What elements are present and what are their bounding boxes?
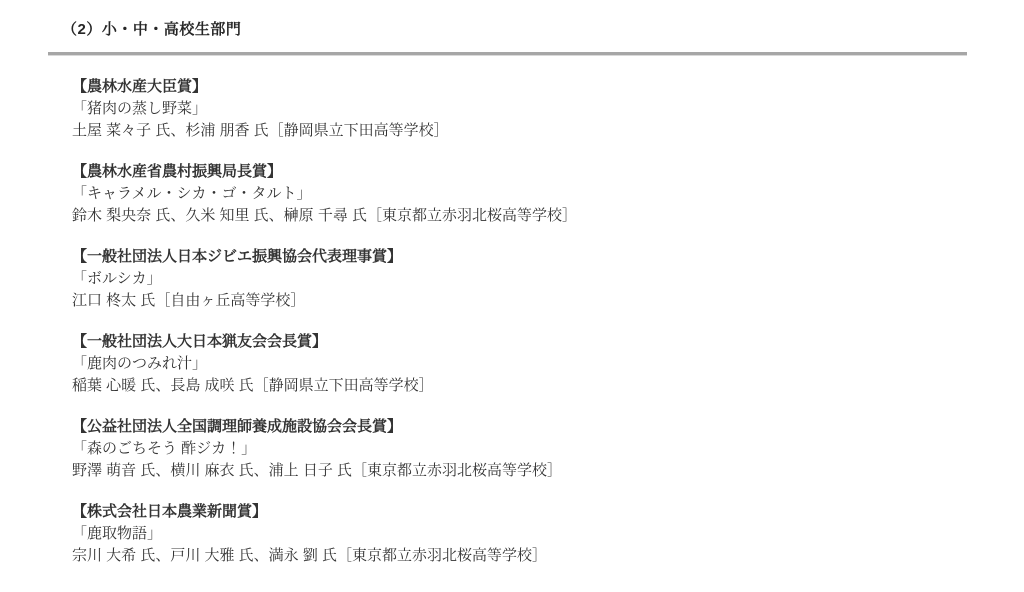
recipients-line: 野澤 萌音 氏、横川 麻衣 氏、浦上 日子 氏［東京都立赤羽北桜高等学校］ (72, 460, 972, 482)
award-title: 【株式会社日本農業新聞賞】 (72, 501, 972, 523)
award-title: 【農林水産省農村振興局長賞】 (72, 161, 972, 183)
page-title: （2）小・中・高校生部門 (62, 20, 241, 40)
recipients-line: 土屋 菜々子 氏、杉浦 朋香 氏［静岡県立下田高等学校］ (72, 120, 972, 142)
award-section: 【農林水産省農村振興局長賞】 「キャラメル・シカ・ゴ・タルト」 鈴木 梨央奈 氏… (72, 161, 972, 227)
award-section: 【一般社団法人大日本猟友会会長賞】 「鹿肉のつみれ汁」 稲葉 心暖 氏、長島 成… (72, 331, 972, 397)
recipients-line: 宗川 大希 氏、戸川 大雅 氏、満永 劉 氏［東京都立赤羽北桜高等学校］ (72, 545, 972, 567)
award-section: 【農林水産大臣賞】 「猪肉の蒸し野菜」 土屋 菜々子 氏、杉浦 朋香 氏［静岡県… (72, 76, 972, 142)
award-title: 【一般社団法人大日本猟友会会長賞】 (72, 331, 972, 353)
recipients-line: 江口 柊太 氏［自由ヶ丘高等学校］ (72, 290, 972, 312)
document-page: （2）小・中・高校生部門 【農林水産大臣賞】 「猪肉の蒸し野菜」 土屋 菜々子 … (0, 0, 1024, 592)
award-title: 【一般社団法人日本ジビエ振興協会代表理事賞】 (72, 246, 972, 268)
dish-name: 「ボルシカ」 (72, 268, 972, 290)
heading-divider-rule (48, 52, 967, 56)
dish-name: 「鹿取物語」 (72, 523, 972, 545)
award-title: 【農林水産大臣賞】 (72, 76, 972, 98)
dish-name: 「キャラメル・シカ・ゴ・タルト」 (72, 183, 972, 205)
award-list: 【農林水産大臣賞】 「猪肉の蒸し野菜」 土屋 菜々子 氏、杉浦 朋香 氏［静岡県… (72, 76, 972, 586)
award-section: 【公益社団法人全国調理師養成施設協会会長賞】 「森のごちそう 酢ジカ！」 野澤 … (72, 416, 972, 482)
recipients-line: 鈴木 梨央奈 氏、久米 知里 氏、榊原 千尋 氏［東京都立赤羽北桜高等学校］ (72, 205, 972, 227)
dish-name: 「鹿肉のつみれ汁」 (72, 353, 972, 375)
award-title: 【公益社団法人全国調理師養成施設協会会長賞】 (72, 416, 972, 438)
award-section: 【株式会社日本農業新聞賞】 「鹿取物語」 宗川 大希 氏、戸川 大雅 氏、満永 … (72, 501, 972, 567)
recipients-line: 稲葉 心暖 氏、長島 成咲 氏［静岡県立下田高等学校］ (72, 375, 972, 397)
dish-name: 「森のごちそう 酢ジカ！」 (72, 438, 972, 460)
dish-name: 「猪肉の蒸し野菜」 (72, 98, 972, 120)
award-section: 【一般社団法人日本ジビエ振興協会代表理事賞】 「ボルシカ」 江口 柊太 氏［自由… (72, 246, 972, 312)
